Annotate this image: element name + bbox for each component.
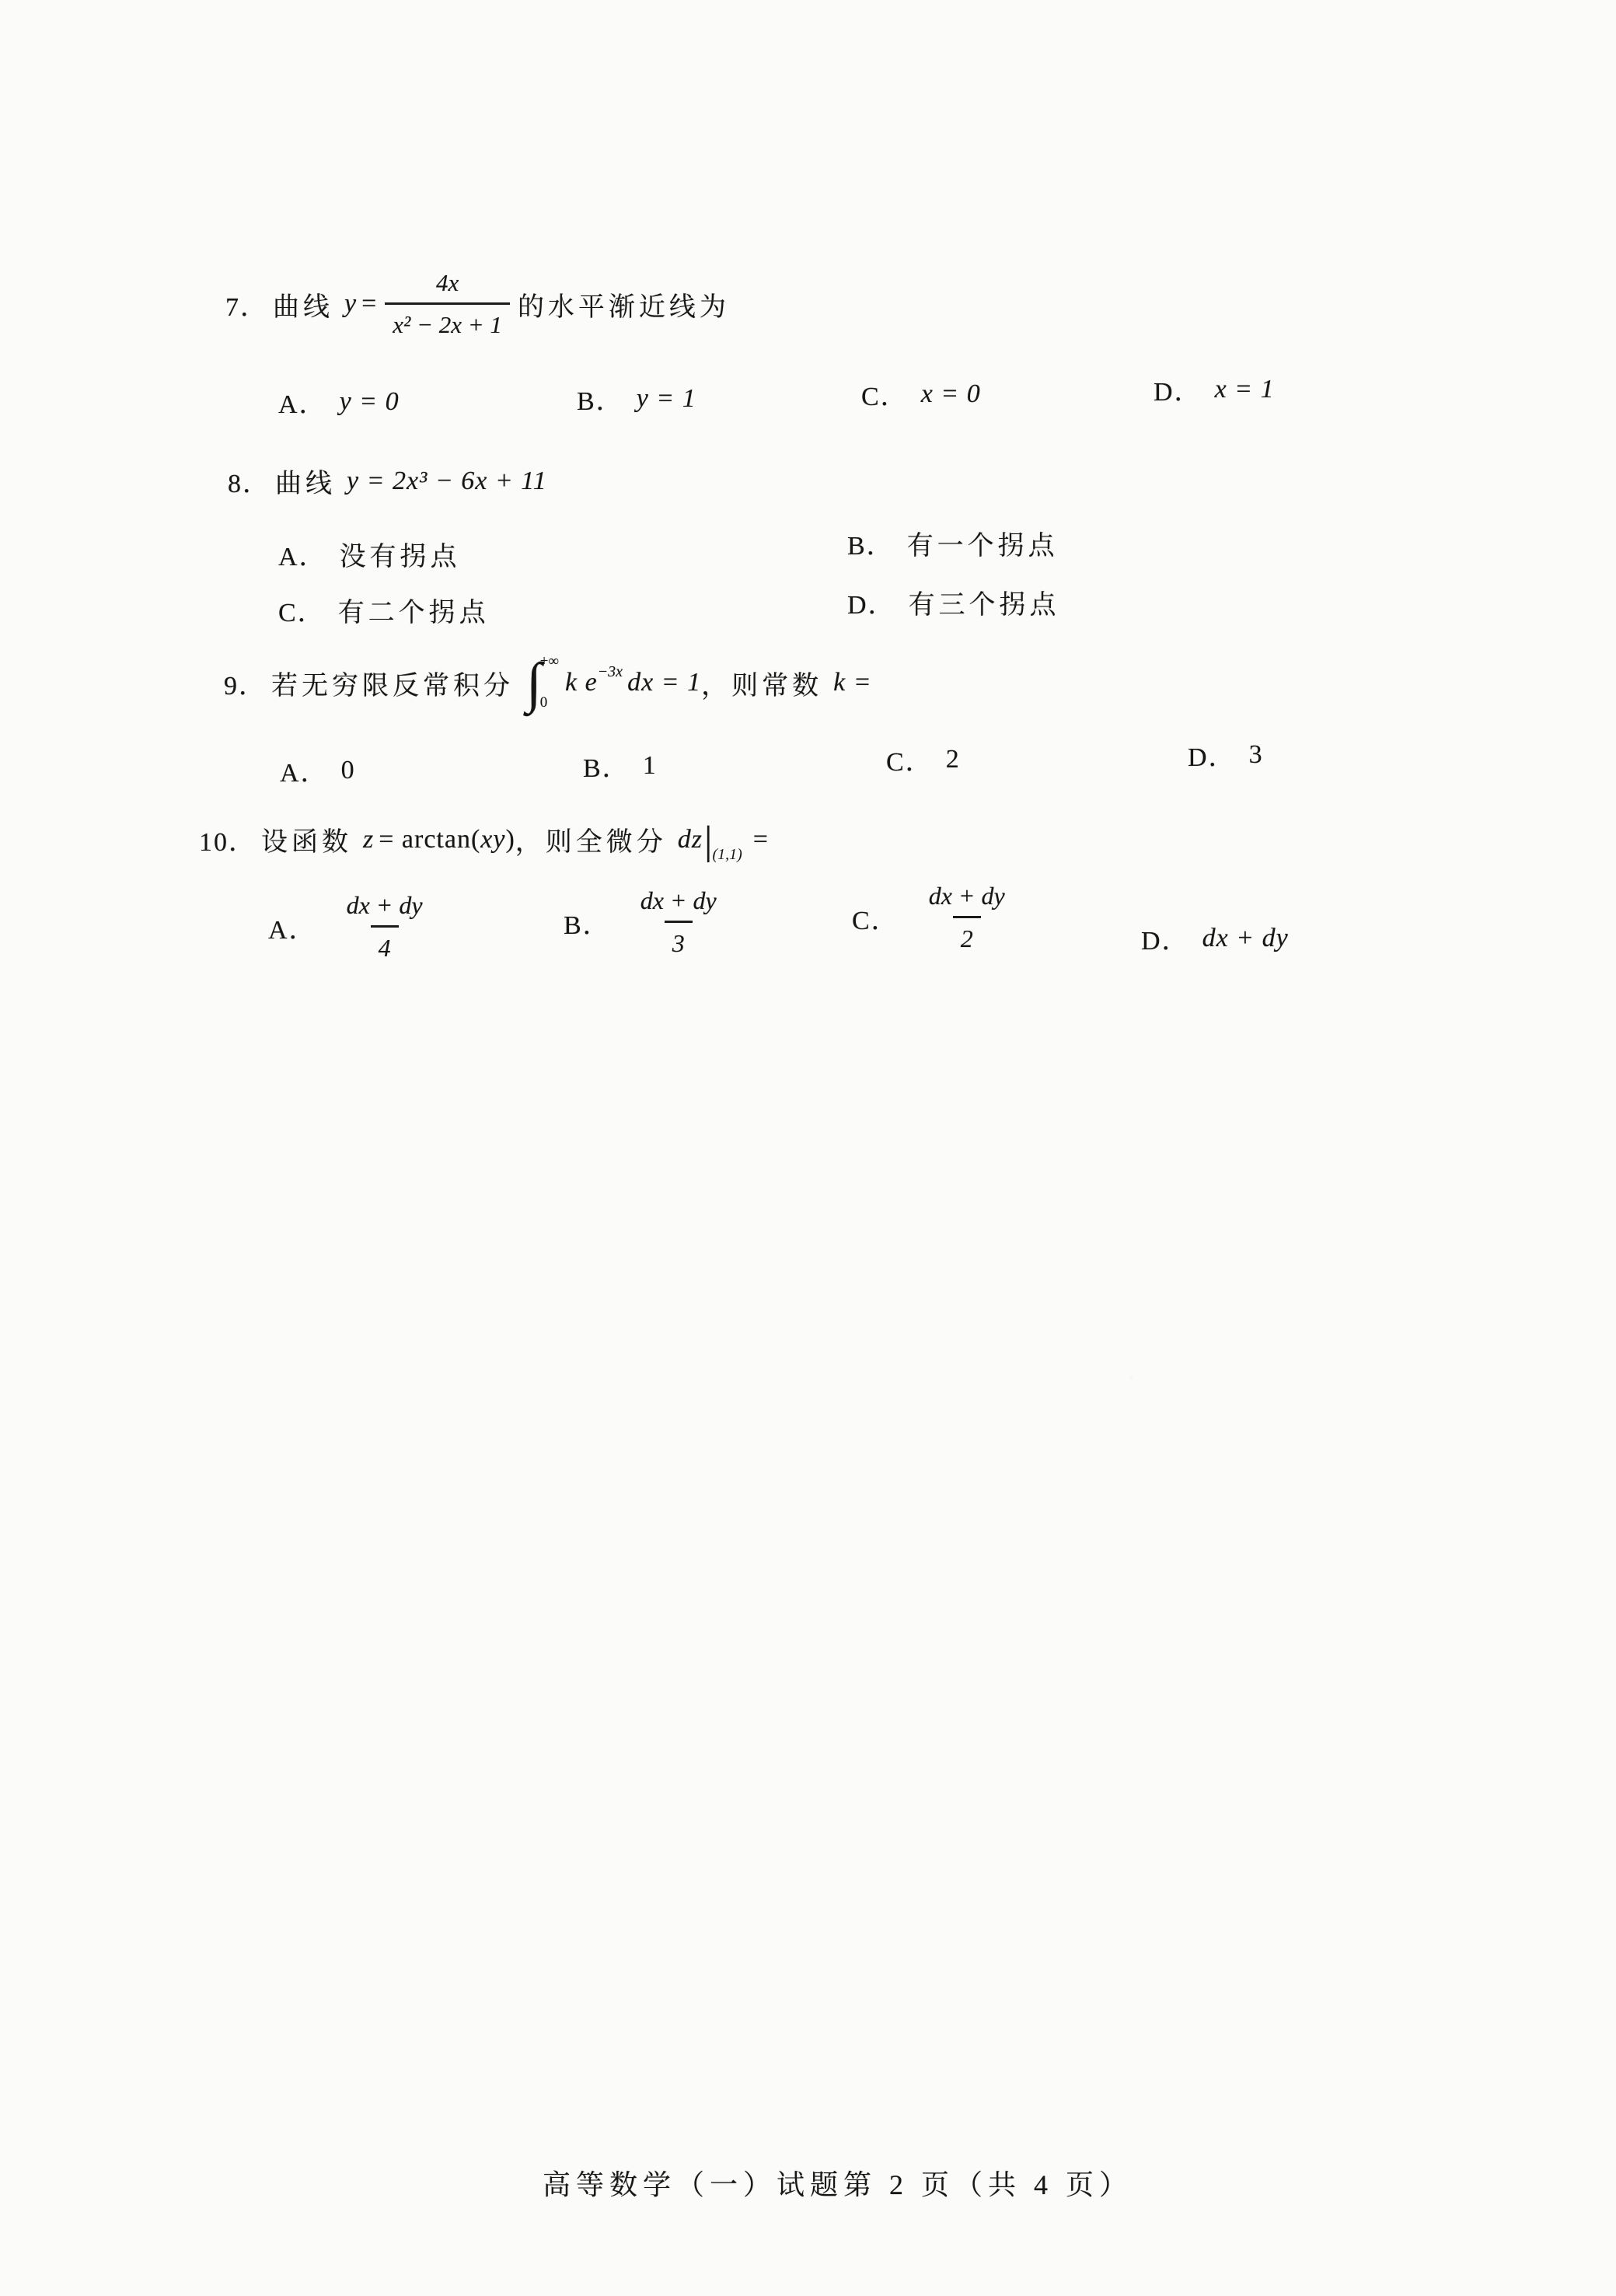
q7-fraction-denominator: x² − 2x + 1 — [385, 302, 510, 339]
q8-option-a-label: A． — [278, 535, 327, 573]
evaluation-bar: | — [704, 818, 712, 864]
integral-symbol: ∫ +∞ 0 — [526, 652, 559, 714]
q9-integrand: k e — [565, 668, 598, 697]
q8-option-b: B． 有一个拐点 — [847, 524, 1059, 562]
question-7-number: 7． — [225, 285, 268, 323]
q8-option-d-value: 有三个拐点 — [909, 583, 1060, 621]
q9-option-a-value: 0 — [341, 756, 355, 785]
q8-option-b-value: 有一个拐点 — [907, 524, 1059, 562]
q9-option-a-label: A． — [280, 751, 329, 789]
q9-option-d: D． 3 — [1188, 736, 1263, 774]
q7-fraction-numerator: 4x — [427, 269, 468, 302]
q10-mid-text: 则全微分 — [546, 820, 667, 858]
q7-option-b: B． y = 1 — [577, 379, 696, 418]
q8-option-a-value: 没有拐点 — [340, 535, 461, 573]
q8-option-c-label: C． — [278, 591, 326, 629]
q10-option-d-value: dx + dy — [1202, 924, 1289, 953]
q7-equals: = — [361, 289, 377, 319]
q7-option-c-label: C． — [861, 375, 909, 413]
q9-option-c-value: 2 — [946, 745, 960, 774]
q10-option-a: A． dx + dy 4 — [268, 891, 440, 963]
q9-option-d-label: D． — [1188, 736, 1237, 774]
q9-suffix-text: 则常数 — [731, 664, 822, 702]
integral-lower-limit: 0 — [540, 695, 559, 710]
q10-option-a-denominator: 4 — [371, 925, 399, 963]
page-footer: 高等数学（一）试题第 2 页（共 4 页） — [543, 2163, 1133, 2203]
q10-variable: z — [363, 825, 374, 854]
q8-option-d-label: D． — [847, 583, 896, 621]
question-10-prefix: 设函数 — [261, 820, 352, 858]
q7-option-c: C． x = 0 — [861, 375, 981, 413]
q10-option-a-numerator: dx + dy — [337, 891, 432, 925]
q7-option-c-value: x = 0 — [921, 379, 981, 409]
q10-option-d: D． dx + dy — [1141, 919, 1289, 957]
q8-equation: y = 2x³ − 6x + 11 — [347, 467, 547, 496]
q10-option-c-numerator: dx + dy — [920, 882, 1014, 916]
question-8-number: 8． — [228, 462, 270, 500]
q10-option-b: B． dx + dy 3 — [564, 886, 734, 958]
q10-option-c: C． dx + dy 2 — [852, 882, 1022, 953]
q9-option-c: C． 2 — [886, 740, 960, 778]
q10-function-close: ) — [505, 825, 515, 854]
q9-exponent: −3x — [598, 663, 623, 681]
q9-integrand-tail: dx = 1 — [627, 668, 701, 697]
q10-option-c-fraction: dx + dy 2 — [920, 882, 1014, 953]
q10-option-c-denominator: 2 — [953, 916, 981, 953]
q7-option-d: D． x = 1 — [1154, 370, 1275, 408]
q7-option-b-value: y = 1 — [637, 384, 696, 414]
q9-suffix-math: k = — [833, 668, 872, 697]
q7-option-d-value: x = 1 — [1215, 375, 1275, 404]
q9-option-c-label: C． — [886, 740, 934, 778]
integral-limits: +∞ 0 — [540, 652, 559, 713]
q10-option-c-label: C． — [852, 899, 899, 937]
q10-comma: ， — [515, 820, 546, 858]
q10-function-arg: xy — [480, 825, 505, 854]
question-9-number: 9． — [224, 664, 267, 702]
question-9-stem: 9． 若无穷限反常积分 ∫ +∞ 0 k e −3x dx = 1 ， 则常数 … — [224, 652, 872, 714]
q8-option-a: A． 没有拐点 — [278, 535, 461, 573]
question-8-stem: 8． 曲线 y = 2x³ − 6x + 11 — [228, 462, 547, 500]
q8-option-c: C． 有二个拐点 — [278, 591, 490, 629]
evaluation-point: (1,1) — [712, 846, 742, 864]
q9-option-b: B． 1 — [583, 746, 657, 785]
q9-option-d-value: 3 — [1249, 740, 1263, 770]
q7-option-a-value: y = 0 — [340, 387, 400, 417]
q10-differential: dz — [678, 825, 703, 854]
q8-option-c-value: 有二个拐点 — [338, 591, 490, 629]
question-9-prefix: 若无穷限反常积分 — [271, 664, 514, 702]
q7-option-d-label: D． — [1154, 370, 1202, 408]
question-10-number: 10． — [199, 820, 257, 858]
q9-option-a: A． 0 — [280, 751, 355, 789]
q10-option-a-label: A． — [268, 908, 317, 946]
integral-upper-limit: +∞ — [540, 654, 559, 669]
q10-option-b-fraction: dx + dy 3 — [631, 886, 726, 958]
q8-option-b-label: B． — [847, 524, 895, 562]
q7-option-a: A． y = 0 — [278, 383, 400, 421]
q9-option-b-label: B． — [583, 746, 630, 785]
q7-option-b-label: B． — [577, 379, 624, 418]
q10-option-d-label: D． — [1141, 919, 1190, 957]
q9-comma: ， — [701, 664, 731, 702]
q10-option-b-label: B． — [564, 903, 611, 942]
q7-lhs-variable: y — [344, 289, 357, 319]
q10-equals: = — [753, 825, 769, 854]
q8-option-d: D． 有三个拐点 — [847, 583, 1060, 621]
question-8-prefix: 曲线 — [275, 462, 336, 500]
q7-fraction: 4x x² − 2x + 1 — [385, 269, 510, 339]
q10-function-open: = arctan( — [379, 825, 480, 854]
question-7-prefix: 曲线 — [273, 285, 333, 323]
q7-option-a-label: A． — [278, 383, 327, 421]
question-7-stem: 7． 曲线 y = 4x x² − 2x + 1 的水平渐近线为 — [225, 269, 730, 339]
q10-option-a-fraction: dx + dy 4 — [337, 891, 432, 963]
q10-option-b-denominator: 3 — [665, 921, 693, 958]
question-10-stem: 10． 设函数 z = arctan( xy ) ， 则全微分 dz | (1,… — [199, 816, 769, 862]
q9-option-b-value: 1 — [643, 751, 657, 781]
q10-option-b-numerator: dx + dy — [631, 886, 726, 921]
scanned-exam-page: 7． 曲线 y = 4x x² − 2x + 1 的水平渐近线为 A． y = … — [0, 0, 1616, 2296]
question-7-suffix: 的水平渐近线为 — [518, 285, 730, 323]
